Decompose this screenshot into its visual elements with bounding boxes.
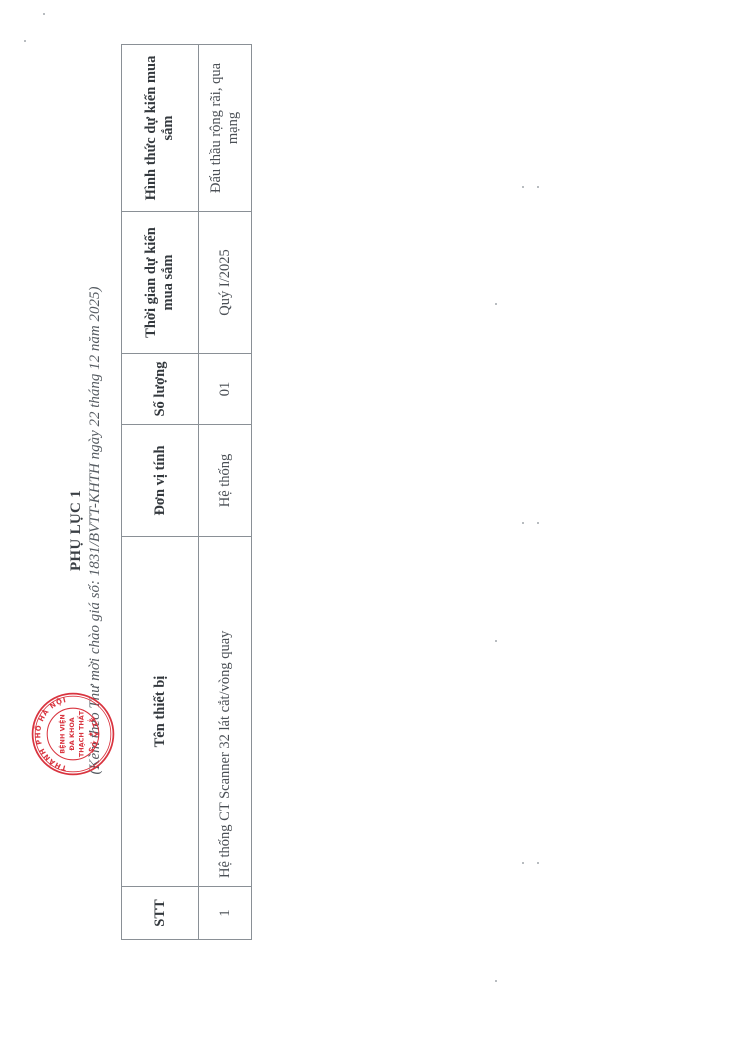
- table-header-row: STT Tên thiết bị Đơn vị tính Số lượng Th…: [122, 45, 199, 940]
- document-title: PHỤ LỤC 1: [68, 0, 85, 1061]
- equipment-table: STT Tên thiết bị Đơn vị tính Số lượng Th…: [121, 44, 252, 940]
- scan-speck: [537, 186, 539, 188]
- scan-speck: [495, 980, 497, 982]
- cell-expected-time: Quý I/2025: [199, 212, 252, 354]
- header-quantity: Số lượng: [122, 354, 199, 425]
- header-unit: Đơn vị tính: [122, 425, 199, 537]
- document-subtitle: (Kèm theo Thư mời chào giá số: 1831/BVTT…: [87, 0, 104, 1061]
- scan-speck: [522, 186, 524, 188]
- header-expected-time: Thời gian dự kiến mua sắm: [122, 212, 199, 354]
- scan-speck: [495, 303, 497, 305]
- scan-speck: [522, 862, 524, 864]
- scan-speck: [537, 522, 539, 524]
- stamp-line-3: THẠCH THẤT: [75, 710, 85, 757]
- cell-quantity: 01: [199, 354, 252, 425]
- hospital-stamp-icon: THÀNH PHỐ HÀ NỘI SỞ Y TẾ BỆNH VIỆN ĐA KH…: [30, 691, 116, 777]
- stamp-line-1: BỆNH VIỆN: [57, 714, 66, 753]
- scan-speck: [537, 862, 539, 864]
- scan-speck: [24, 40, 26, 42]
- scan-speck: [495, 640, 497, 642]
- header-procurement-method: Hình thức dự kiến mua sắm: [122, 45, 199, 212]
- scan-speck: [522, 522, 524, 524]
- cell-equipment-name: Hệ thống CT Scanner 32 lát cắt/vòng quay: [199, 537, 252, 887]
- table-row: 1 Hệ thống CT Scanner 32 lát cắt/vòng qu…: [199, 45, 252, 940]
- rotated-page: PHỤ LỤC 1 (Kèm theo Thư mời chào giá số:…: [0, 0, 744, 1061]
- cell-unit: Hệ thống: [199, 425, 252, 537]
- cell-procurement-method: Đấu thầu rộng rãi, qua mạng: [199, 45, 252, 212]
- header-equipment-name: Tên thiết bị: [122, 537, 199, 887]
- scan-speck: [43, 13, 45, 15]
- cell-stt: 1: [199, 887, 252, 940]
- svg-text:✦: ✦: [87, 730, 96, 737]
- header-stt: STT: [122, 887, 199, 940]
- stamp-line-2: ĐA KHOA: [68, 717, 76, 750]
